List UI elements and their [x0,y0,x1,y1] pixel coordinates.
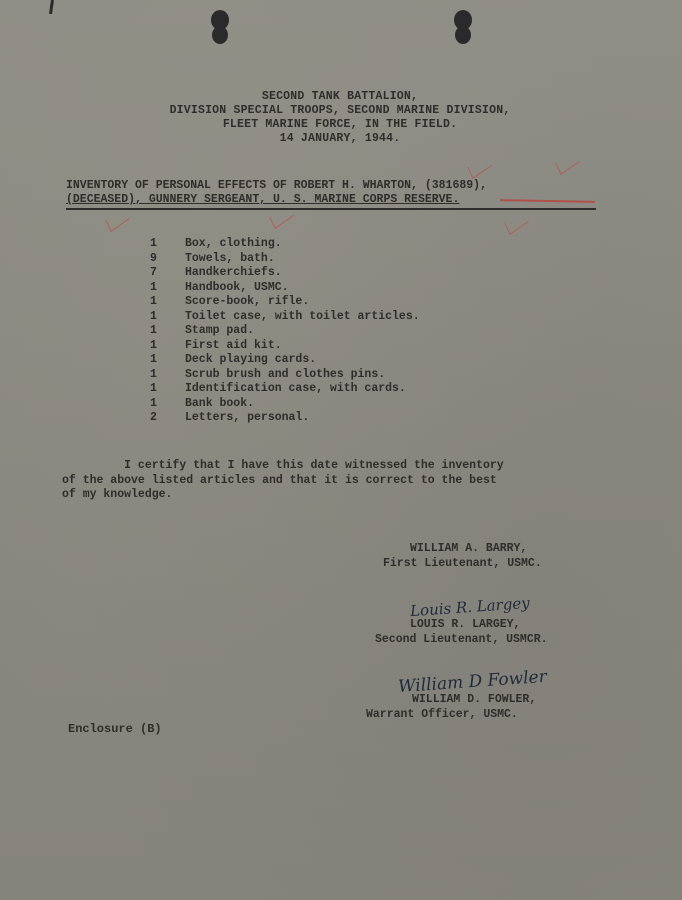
checkmark-icon [504,210,528,235]
letterhead-date: 14 JANUARY, 1944. [100,132,580,146]
signatory-1-title: First Lieutenant, USMC. [383,557,542,570]
letterhead: SECOND TANK BATTALION, DIVISION SPECIAL … [100,90,580,146]
certification-paragraph: I certify that I have this date witnesse… [62,459,642,503]
item-desc: Letters, personal. [185,411,309,424]
item-qty: 9 [150,252,157,265]
item-qty: 1 [150,281,157,294]
item-qty: 1 [150,237,157,250]
signatory-2-signature: Louis R. Largey [410,594,531,620]
document-title-line-1: INVENTORY OF PERSONAL EFFECTS OF ROBERT … [66,179,487,192]
certification-line: of the above listed articles and that it… [62,474,642,489]
red-ink-strike [500,199,595,203]
item-qty: 1 [150,368,157,381]
item-desc: Handkerchiefs. [185,266,282,279]
item-qty: 1 [150,353,157,366]
item-qty: 1 [150,382,157,395]
item-desc: Towels, bath. [185,252,275,265]
punch-hole-right [453,10,473,48]
letterhead-line: DIVISION SPECIAL TROOPS, SECOND MARINE D… [100,104,580,118]
item-desc: Deck playing cards. [185,353,316,366]
signatory-1-name: WILLIAM A. BARRY, [410,542,527,555]
item-desc: Box, clothing. [185,237,282,250]
item-qty: 1 [150,339,157,352]
item-desc: Score-book, rifle. [185,295,309,308]
letterhead-line: SECOND TANK BATTALION, [100,90,580,104]
checkmark-icon [105,207,129,232]
certification-line: of my knowledge. [62,488,642,503]
signatory-2-title: Second Lieutenant, USMCR. [375,633,548,646]
punch-hole-left [210,10,230,48]
item-qty: 1 [150,310,157,323]
checkmark-icon [555,150,579,175]
enclosure-label: Enclosure (B) [68,722,162,736]
item-desc: Handbook, USMC. [185,281,289,294]
item-qty: 2 [150,411,157,424]
signatory-2-name: LOUIS R. LARGEY, [410,618,520,631]
item-desc: Toilet case, with toilet articles. [185,310,420,323]
item-qty: 1 [150,295,157,308]
item-desc: Stamp pad. [185,324,254,337]
document-title-line-2: (DECEASED), GUNNERY SERGEANT, U. S. MARI… [66,193,459,206]
checkmark-icon [467,154,491,179]
item-qty: 1 [150,324,157,337]
signatory-3-name: WILLIAM D. FOWLER, [412,693,536,706]
signatory-3-title: Warrant Officer, USMC. [366,708,518,721]
certification-line: I certify that I have this date witnesse… [62,459,642,474]
item-qty: 7 [150,266,157,279]
item-desc: Scrub brush and clothes pins. [185,368,385,381]
item-qty: 1 [150,397,157,410]
item-desc: Identification case, with cards. [185,382,406,395]
item-desc: First aid kit. [185,339,282,352]
item-desc: Bank book. [185,397,254,410]
edge-mark [49,0,54,14]
title-underline [66,208,596,210]
document-page: SECOND TANK BATTALION, DIVISION SPECIAL … [0,0,682,900]
letterhead-line: FLEET MARINE FORCE, IN THE FIELD. [100,118,580,132]
